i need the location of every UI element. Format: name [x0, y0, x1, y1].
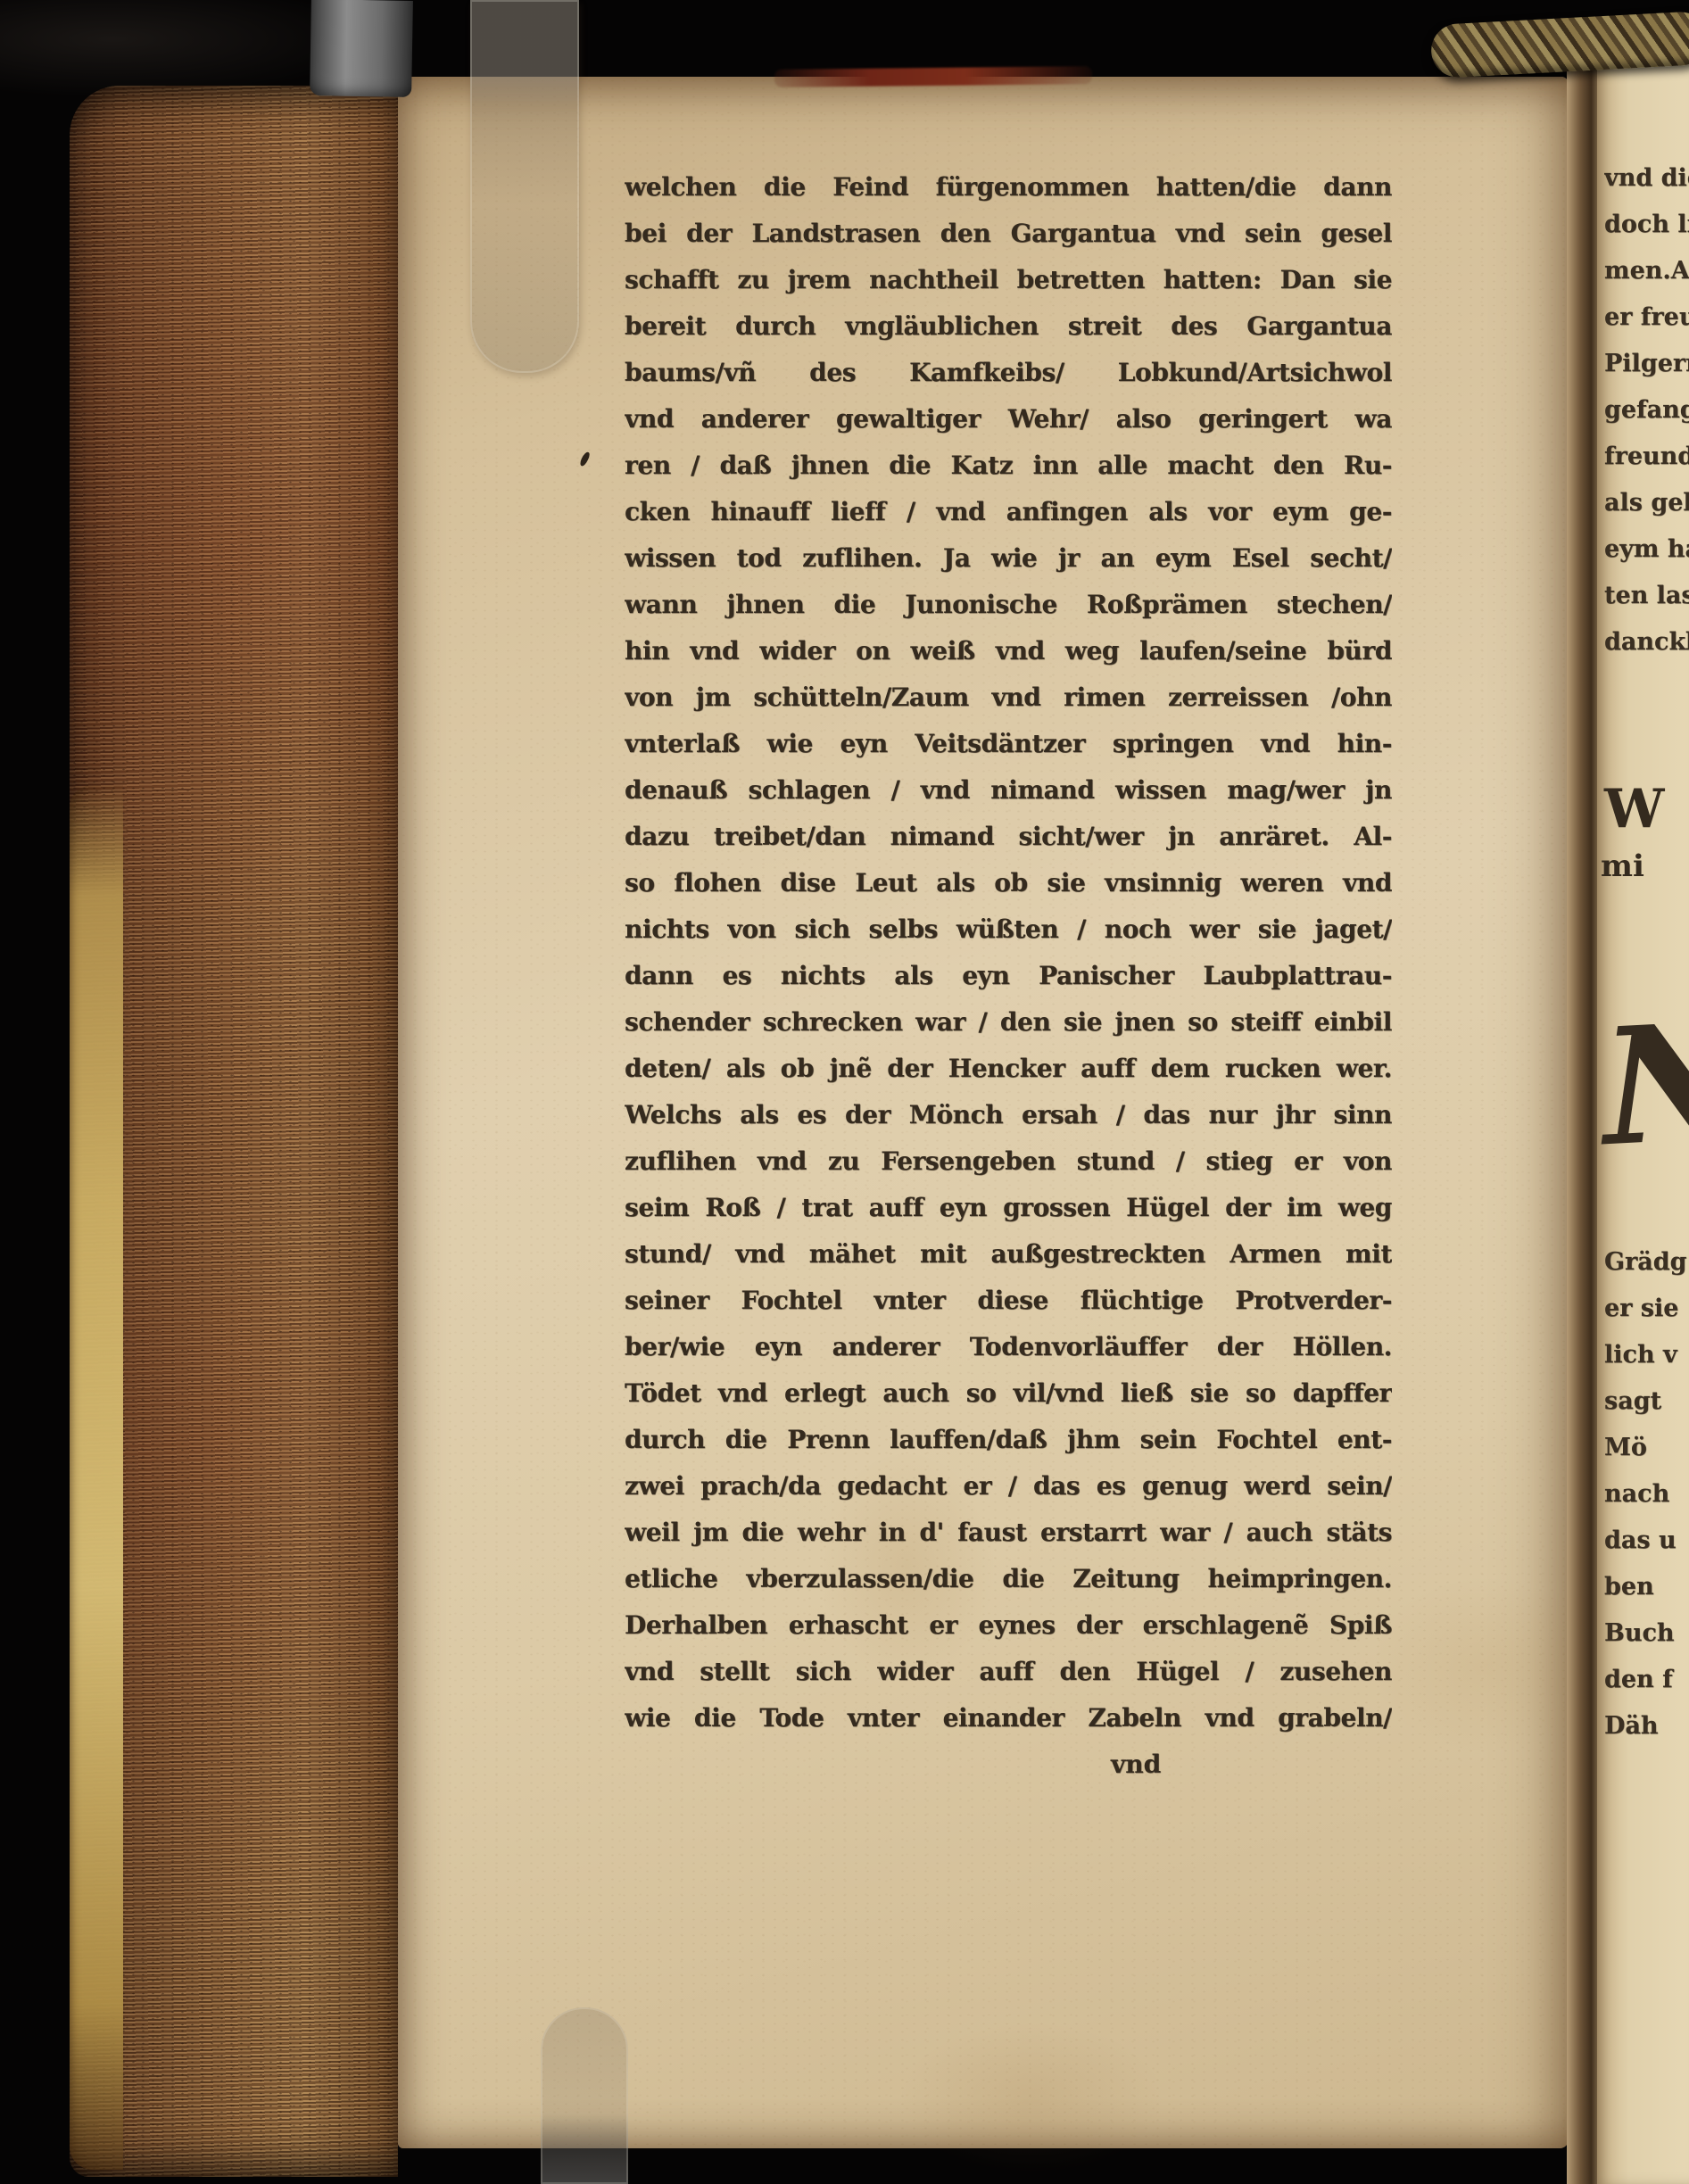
text-line: baums/vñ des Kamfkeibs/ Lobkund/Artsichw…	[625, 350, 1392, 396]
clear-retaining-band-top	[470, 0, 579, 373]
sliver-line: das u	[1604, 1518, 1689, 1564]
sliver-line: gefangne	[1604, 387, 1689, 434]
text-line: dazu treibet/dan nimand sicht/wer jn anr…	[625, 814, 1392, 860]
sliver-line: den f	[1604, 1657, 1689, 1703]
text-line: vnd stellt sich wider auff den Hügel / z…	[625, 1649, 1392, 1695]
text-line: ber/wie eyn anderer Todenvorläuffer der …	[625, 1324, 1392, 1370]
text-line: weil jm die wehr in d' faust erstarrt wa…	[625, 1510, 1392, 1556]
text-line: schafft zu jrem nachtheil betretten hatt…	[625, 257, 1392, 303]
recto-page-sliver: vnd die vbdoch ließ emen.Aberer freundlP…	[1597, 50, 1689, 2184]
verso-lines: welchen die Feind fürgenommen hatten/die…	[625, 164, 1392, 1741]
sliver-line: eym hack	[1604, 526, 1689, 573]
text-line: Welchs als es der Mönch ersah / das nur …	[625, 1092, 1392, 1138]
verso-text-block: welchen die Feind fürgenommen hatten/die…	[625, 164, 1392, 1788]
recto-heading-initial: W	[1604, 778, 1664, 840]
retaining-strap-top	[310, 0, 413, 97]
sliver-line: sagt	[1604, 1378, 1689, 1425]
text-line: bei der Landstrasen den Gargantua vnd se…	[625, 211, 1392, 257]
sliver-line: er freundl	[1604, 294, 1689, 341]
text-line: hin vnd wider on weiß vnd weg laufen/sei…	[625, 628, 1392, 674]
book-photograph: welchen die Feind fürgenommen hatten/die…	[0, 0, 1689, 2184]
text-line: cken hinauff lieff / vnd anfingen als vo…	[625, 489, 1392, 535]
text-line: bereit durch vngläublichen streit des Ga…	[625, 303, 1392, 350]
text-line: seim Roß / trat auff eyn grossen Hügel d…	[625, 1185, 1392, 1231]
sliver-line: men.Aber	[1604, 248, 1689, 294]
text-line: welchen die Feind fürgenommen hatten/die…	[625, 164, 1392, 211]
paper-stain	[898, 2022, 1165, 2173]
recto-drop-cap: N	[1598, 992, 1689, 1178]
sliver-line: vnd die vb	[1604, 155, 1689, 202]
text-line: durch die Prenn lauffen/daß jhm sein Foc…	[625, 1417, 1392, 1463]
text-line: deten/ als ob jnẽ der Hencker auff dem r…	[625, 1046, 1392, 1092]
text-line: dann es nichts als eyn Panischer Laubpla…	[625, 953, 1392, 999]
text-line: wissen tod zuflihen. Ja wie jr an eym Es…	[625, 535, 1392, 582]
text-line: vnd anderer gewaltiger Wehr/ also gering…	[625, 396, 1392, 443]
text-line: vnterlaß wie eyn Veitsdäntzer springen v…	[625, 721, 1392, 767]
text-line: von jm schütteln/Zaum vnd rimen zerreiss…	[625, 674, 1392, 721]
text-line: seiner Fochtel vnter diese flüchtige Pro…	[625, 1278, 1392, 1324]
sliver-line: Mö	[1604, 1425, 1689, 1471]
clear-retaining-band-bottom	[541, 2007, 628, 2184]
sliver-line: ben	[1604, 1564, 1689, 1610]
text-line: wie die Tode vnter einander Zabeln vnd g…	[625, 1695, 1392, 1741]
sliver-line: Buch	[1604, 1610, 1689, 1657]
text-line: zuflihen vnd zu Fersengeben stund / stie…	[625, 1138, 1392, 1185]
text-line: ren / daß jhnen die Katz inn alle macht …	[625, 443, 1392, 489]
vellum-cover-edge	[70, 785, 123, 2170]
sliver-line: er sie	[1604, 1286, 1689, 1332]
sliver-line: lich v	[1604, 1332, 1689, 1378]
sliver-line: als gehan	[1604, 480, 1689, 526]
text-line: etliche vberzulassen/die die Zeitung hei…	[625, 1556, 1392, 1602]
sliver-line: doch ließ e	[1604, 202, 1689, 248]
page-top-edge-stain	[774, 66, 1092, 87]
text-line: denauß schlagen / vnd nimand wissen mag/…	[625, 767, 1392, 814]
text-line: Derhalben erhascht er eynes der erschlag…	[625, 1602, 1392, 1649]
text-line: Tödet vnd erlegt auch so vil/vnd ließ si…	[625, 1370, 1392, 1417]
catchword: vnd	[625, 1741, 1392, 1788]
sliver-line: nach	[1604, 1471, 1689, 1518]
gutter-shadow	[1567, 54, 1601, 2184]
text-line: zwei prach/da gedacht er / das es genug …	[625, 1463, 1392, 1510]
text-line: wann jhnen die Junonische Roßprämen stec…	[625, 582, 1392, 628]
text-line: stund/ vnd mähet mit außgestreckten Arme…	[625, 1231, 1392, 1278]
recto-heading-fragment: mi	[1601, 848, 1644, 884]
text-line: so flohen dise Leut als ob sie vnsinnig …	[625, 860, 1392, 906]
sliver-line: Däh	[1604, 1703, 1689, 1750]
sliver-line: Grädg	[1604, 1239, 1689, 1286]
recto-text-fragments-top: vnd die vbdoch ließ emen.Aberer freundlP…	[1604, 155, 1689, 666]
text-line: schender schrecken war / den sie jnen so…	[625, 999, 1392, 1046]
sliver-line: danckbar	[1604, 619, 1689, 666]
recto-text-fragments-bottom: Grädger sielich vsagtMönachdas ubenBuchd…	[1604, 1239, 1689, 1750]
sliver-line: freundlich	[1604, 434, 1689, 480]
text-line: nichts von sich selbs wüßten / noch wer …	[625, 906, 1392, 953]
sliver-line: ten lassen,	[1604, 573, 1689, 619]
sliver-line: Pilgern jh	[1604, 341, 1689, 387]
